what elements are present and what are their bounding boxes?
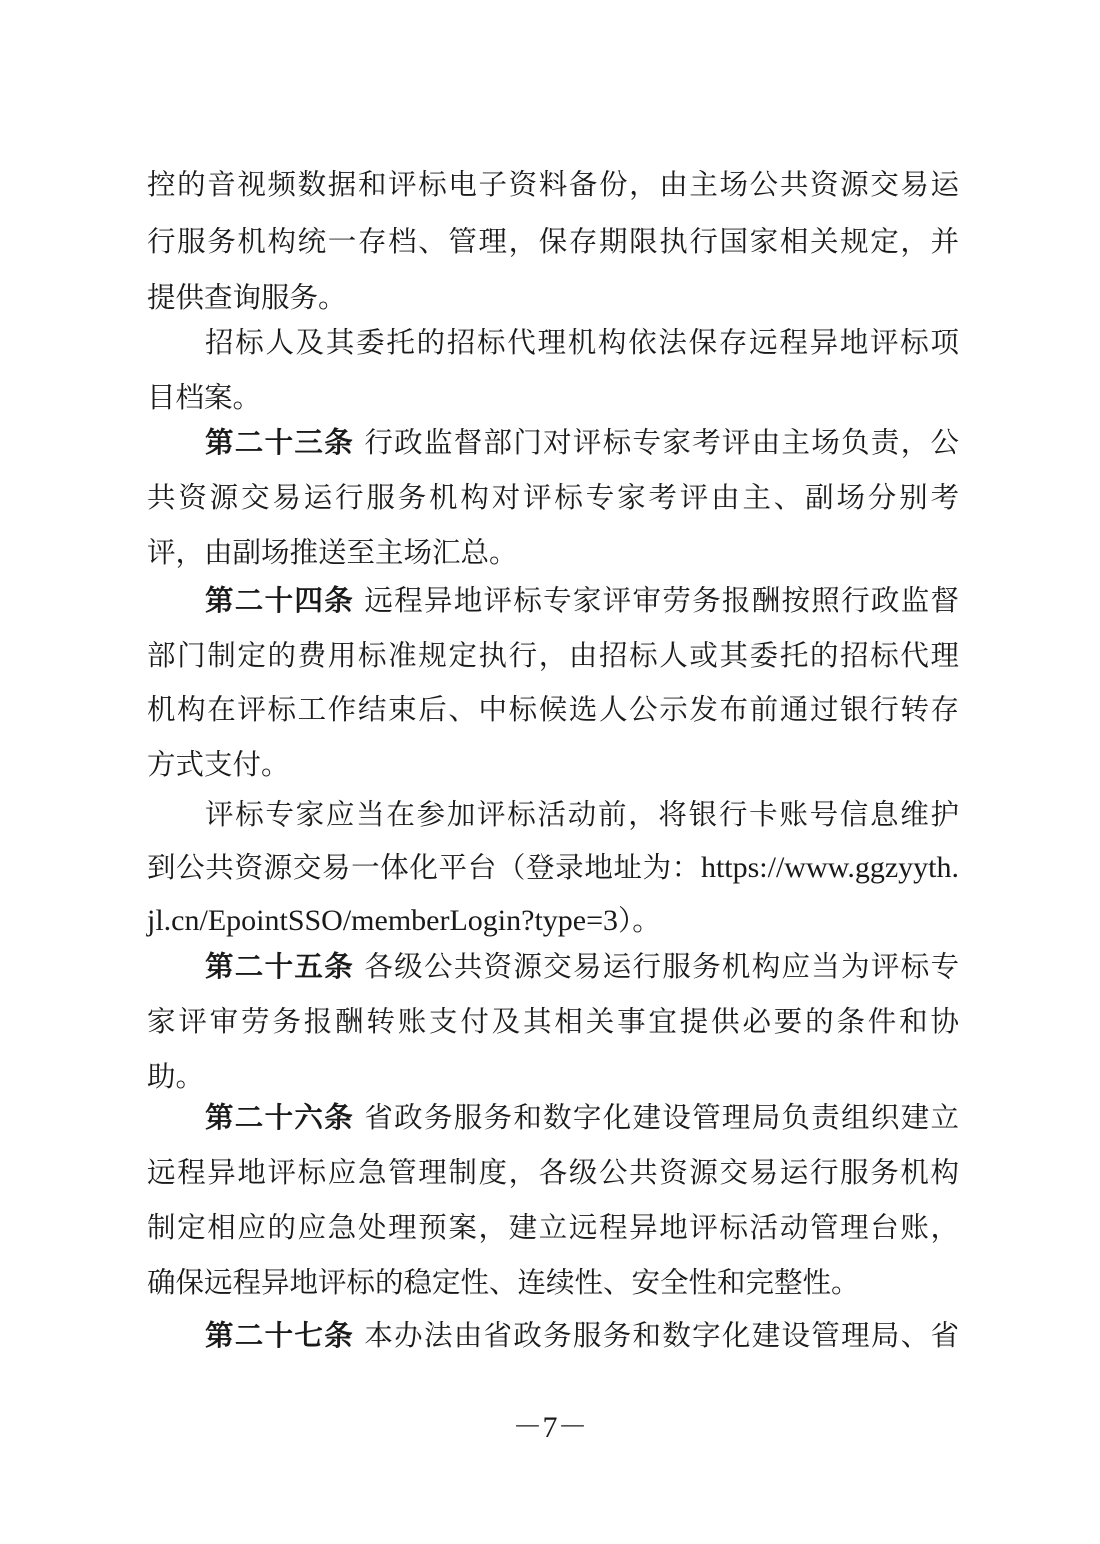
line-text: 远程异地评标专家评审劳务报酬按照行政监督 [354, 584, 959, 617]
login-url-part-1: https://www.ggzyyth. [701, 851, 959, 884]
paragraph-line: 控的音视频数据和评标电子资料备份，由主场公共资源交易运 [147, 165, 959, 205]
line-text: 到公共资源交易一体化平台（登录地址为： [147, 851, 701, 884]
paragraph-line: 评标专家应当在参加评标活动前，将银行卡账号信息维护 [205, 795, 959, 835]
page-number: －7－ [0, 1402, 1100, 1446]
paragraph-line: 方式支付。 [147, 745, 959, 785]
line-text: 行服务机构统一存档、管理，保存期限执行国家相关规定，并 [147, 225, 959, 258]
line-text: 招标人及其委托的招标代理机构依法保存远程异地评标项 [205, 326, 959, 359]
paragraph-line: 远程异地评标应急管理制度，各级公共资源交易运行服务机构 [147, 1153, 959, 1193]
line-text: 远程异地评标应急管理制度，各级公共资源交易运行服务机构 [147, 1156, 959, 1189]
paragraph-line: 共资源交易运行服务机构对评标专家考评由主、副场分别考 [147, 478, 959, 518]
line-text: 控的音视频数据和评标电子资料备份，由主场公共资源交易运 [147, 168, 959, 201]
paragraph-line: jl.cn/EpointSSO/memberLogin?type=3）。 [147, 901, 959, 941]
line-text: 目档案。 [147, 381, 261, 414]
line-text: 助。 [147, 1060, 204, 1093]
paragraph-line: 助。 [147, 1057, 959, 1097]
line-text: ）。 [618, 904, 661, 937]
paragraph-line: 部门制定的费用标准规定执行，由招标人或其委托的招标代理 [147, 636, 959, 676]
line-text: 省政务服务和数字化建设管理局负责组织建立 [354, 1101, 959, 1134]
line-text: 本办法由省政务服务和数字化建设管理局、省 [354, 1319, 959, 1352]
paragraph-line: 目档案。 [147, 378, 959, 418]
paragraph-line: 制定相应的应急处理预案，建立远程异地评标活动管理台账， [147, 1208, 959, 1248]
paragraph-line: 确保远程异地评标的稳定性、连续性、安全性和完整性。 [147, 1263, 959, 1303]
article-heading: 第二十七条 [205, 1319, 354, 1352]
paragraph-line: 评，由副场推送至主场汇总。 [147, 533, 959, 573]
line-text: 部门制定的费用标准规定执行，由招标人或其委托的招标代理 [147, 639, 959, 672]
paragraph-line: 提供查询服务。 [147, 278, 959, 318]
article-heading: 第二十四条 [205, 584, 354, 617]
article-heading: 第二十五条 [205, 950, 354, 983]
line-text: 制定相应的应急处理预案，建立远程异地评标活动管理台账， [147, 1211, 959, 1244]
line-text: 评标专家应当在参加评标活动前，将银行卡账号信息维护 [205, 798, 959, 831]
paragraph-line: 机构在评标工作结束后、中标候选人公示发布前通过银行转存 [147, 690, 959, 730]
paragraph-line: 家评审劳务报酬转账支付及其相关事宜提供必要的条件和协 [147, 1002, 959, 1042]
article-25-line: 第二十五条 各级公共资源交易运行服务机构应当为评标专 [205, 947, 959, 987]
paragraph-line: 到公共资源交易一体化平台（登录地址为：https://www.ggzyyth. [147, 848, 959, 888]
line-text: 方式支付。 [147, 748, 290, 781]
line-text: 共资源交易运行服务机构对评标专家考评由主、副场分别考 [147, 481, 959, 514]
line-text: 确保远程异地评标的稳定性、连续性、安全性和完整性。 [147, 1266, 860, 1299]
article-heading: 第二十六条 [205, 1101, 354, 1134]
article-23-line: 第二十三条 行政监督部门对评标专家考评由主场负责，公 [205, 423, 959, 463]
line-text: 各级公共资源交易运行服务机构应当为评标专 [354, 950, 959, 983]
line-text: 家评审劳务报酬转账支付及其相关事宜提供必要的条件和协 [147, 1005, 959, 1038]
document-page: 控的音视频数据和评标电子资料备份，由主场公共资源交易运 行服务机构统一存档、管理… [0, 0, 1100, 1544]
article-27-line: 第二十七条 本办法由省政务服务和数字化建设管理局、省 [205, 1316, 959, 1356]
paragraph-line: 行服务机构统一存档、管理，保存期限执行国家相关规定，并 [147, 222, 959, 262]
article-26-line: 第二十六条 省政务服务和数字化建设管理局负责组织建立 [205, 1098, 959, 1138]
article-heading: 第二十三条 [205, 426, 354, 459]
line-text: 评，由副场推送至主场汇总。 [147, 536, 518, 569]
login-url-part-2: jl.cn/EpointSSO/memberLogin?type=3 [147, 904, 618, 937]
line-text: 机构在评标工作结束后、中标候选人公示发布前通过银行转存 [147, 693, 959, 726]
line-text: 提供查询服务。 [147, 281, 347, 314]
article-24-line: 第二十四条 远程异地评标专家评审劳务报酬按照行政监督 [205, 581, 959, 621]
line-text: 行政监督部门对评标专家考评由主场负责，公 [354, 426, 959, 459]
paragraph-line: 招标人及其委托的招标代理机构依法保存远程异地评标项 [205, 323, 959, 363]
